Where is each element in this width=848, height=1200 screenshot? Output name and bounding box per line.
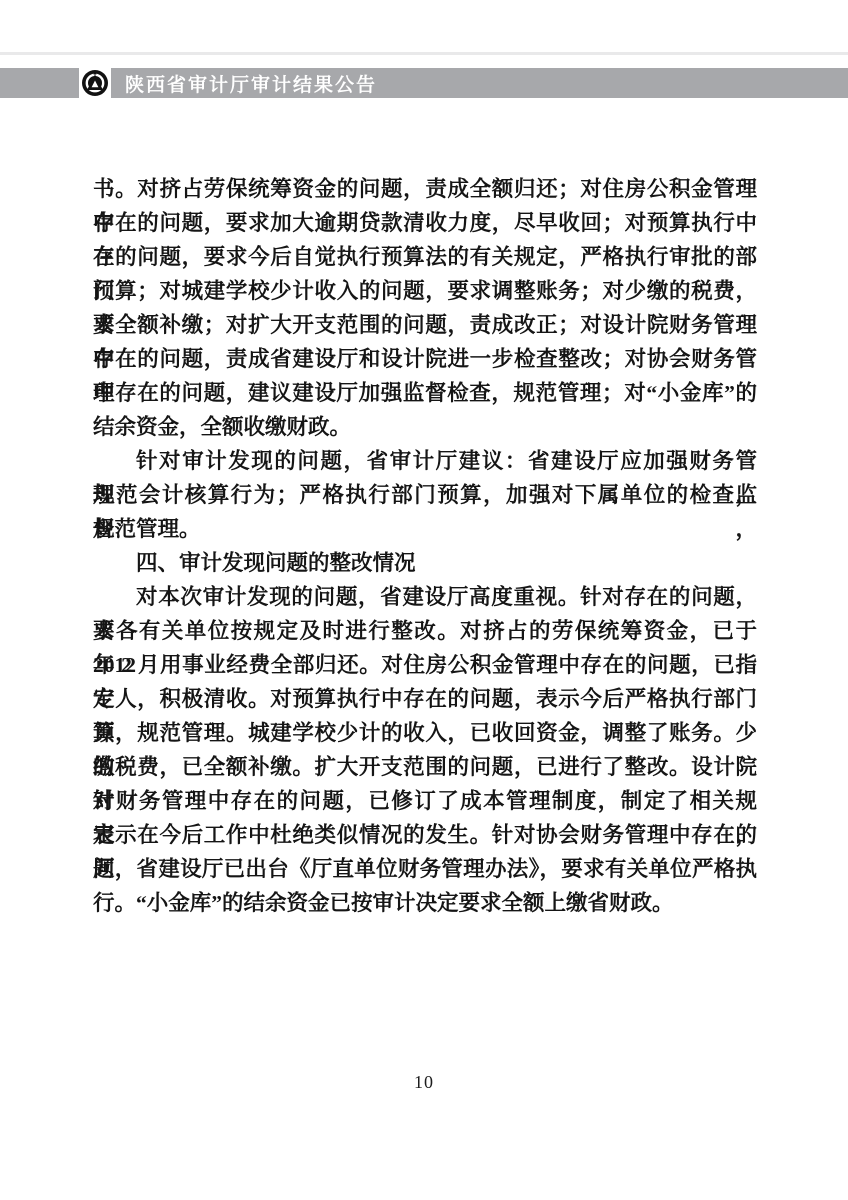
section-heading-line: 四、审计发现问题的整改情况 — [93, 546, 757, 580]
text-line: 结余资金，全额收缴财政。 — [93, 410, 757, 444]
text-line: 行。“小金库”的结余资金已按审计决定要求全额上缴省财政。 — [93, 886, 757, 920]
text-line: 存在的问题，要求加大逾期贷款清收力度，尽早收回；对预算执行中存 — [93, 206, 757, 240]
text-line: 在的问题，要求今后自觉执行预算法的有关规定，严格执行审批的部门 — [93, 240, 757, 274]
text-line: 书。对挤占劳保统筹资金的问题，责成全额归还；对住房公积金管理中 — [93, 172, 757, 206]
text-line: 求全额补缴；对扩大开支范围的问题，责成改正；对设计院财务管理中 — [93, 308, 757, 342]
text-line: 中存在的问题，建议建设厅加强监督检查，规范管理；对“小金库”的 — [93, 376, 757, 410]
text-line: 预算；对城建学校少计收入的问题，要求调整账务；对少缴的税费，要 — [93, 274, 757, 308]
audit-office-emblem-icon — [82, 70, 108, 96]
text-line: 算，规范管理。城建学校少计的收入，已收回资金，调整了账务。少缴 — [93, 716, 757, 750]
text-line: 年 2 月用事业经费全部归还。对住房公积金管理中存在的问题，已指定 — [93, 648, 757, 682]
text-line: 求各有关单位按规定及时进行整改。对挤占的劳保统筹资金，已于2012 — [93, 614, 757, 648]
text-line: 存在的问题，责成省建设厅和设计院进一步检查整改；对协会财务管理 — [93, 342, 757, 376]
text-line: 规范会计核算行为；严格执行部门预算，加强对下属单位的检查监督， — [93, 478, 757, 512]
text-line: 题，省建设厅已出台《厅直单位财务管理办法》，要求有关单位严格执 — [93, 852, 757, 886]
text-line: 表示在今后工作中杜绝类似情况的发生。针对协会财务管理中存在的问 — [93, 818, 757, 852]
header-band-main: 陕西省审计厅审计结果公告 — [111, 68, 848, 98]
page-edge-scan-line — [0, 52, 848, 55]
text-line: 对财务管理中存在的问题，已修订了成本管理制度，制定了相关规定， — [93, 784, 757, 818]
document-body-text: 书。对挤占劳保统筹资金的问题，责成全额归还；对住房公积金管理中存在的问题，要求加… — [93, 172, 757, 920]
text-line: 对本次审计发现的问题，省建设厅高度重视。针对存在的问题，要 — [93, 580, 757, 614]
page-header-band: 陕西省审计厅审计结果公告 — [0, 68, 848, 98]
page-number: 10 — [0, 1072, 848, 1093]
text-line: 针对审计发现的问题，省审计厅建议：省建设厅应加强财务管理， — [93, 444, 757, 478]
header-title: 陕西省审计厅审计结果公告 — [125, 70, 377, 97]
text-line: 专人，积极清收。对预算执行中存在的问题，表示今后严格执行部门预 — [93, 682, 757, 716]
text-line: 的税费，已全额补缴。扩大开支范围的问题，已进行了整改。设计院针 — [93, 750, 757, 784]
header-band-left-segment — [0, 68, 79, 98]
